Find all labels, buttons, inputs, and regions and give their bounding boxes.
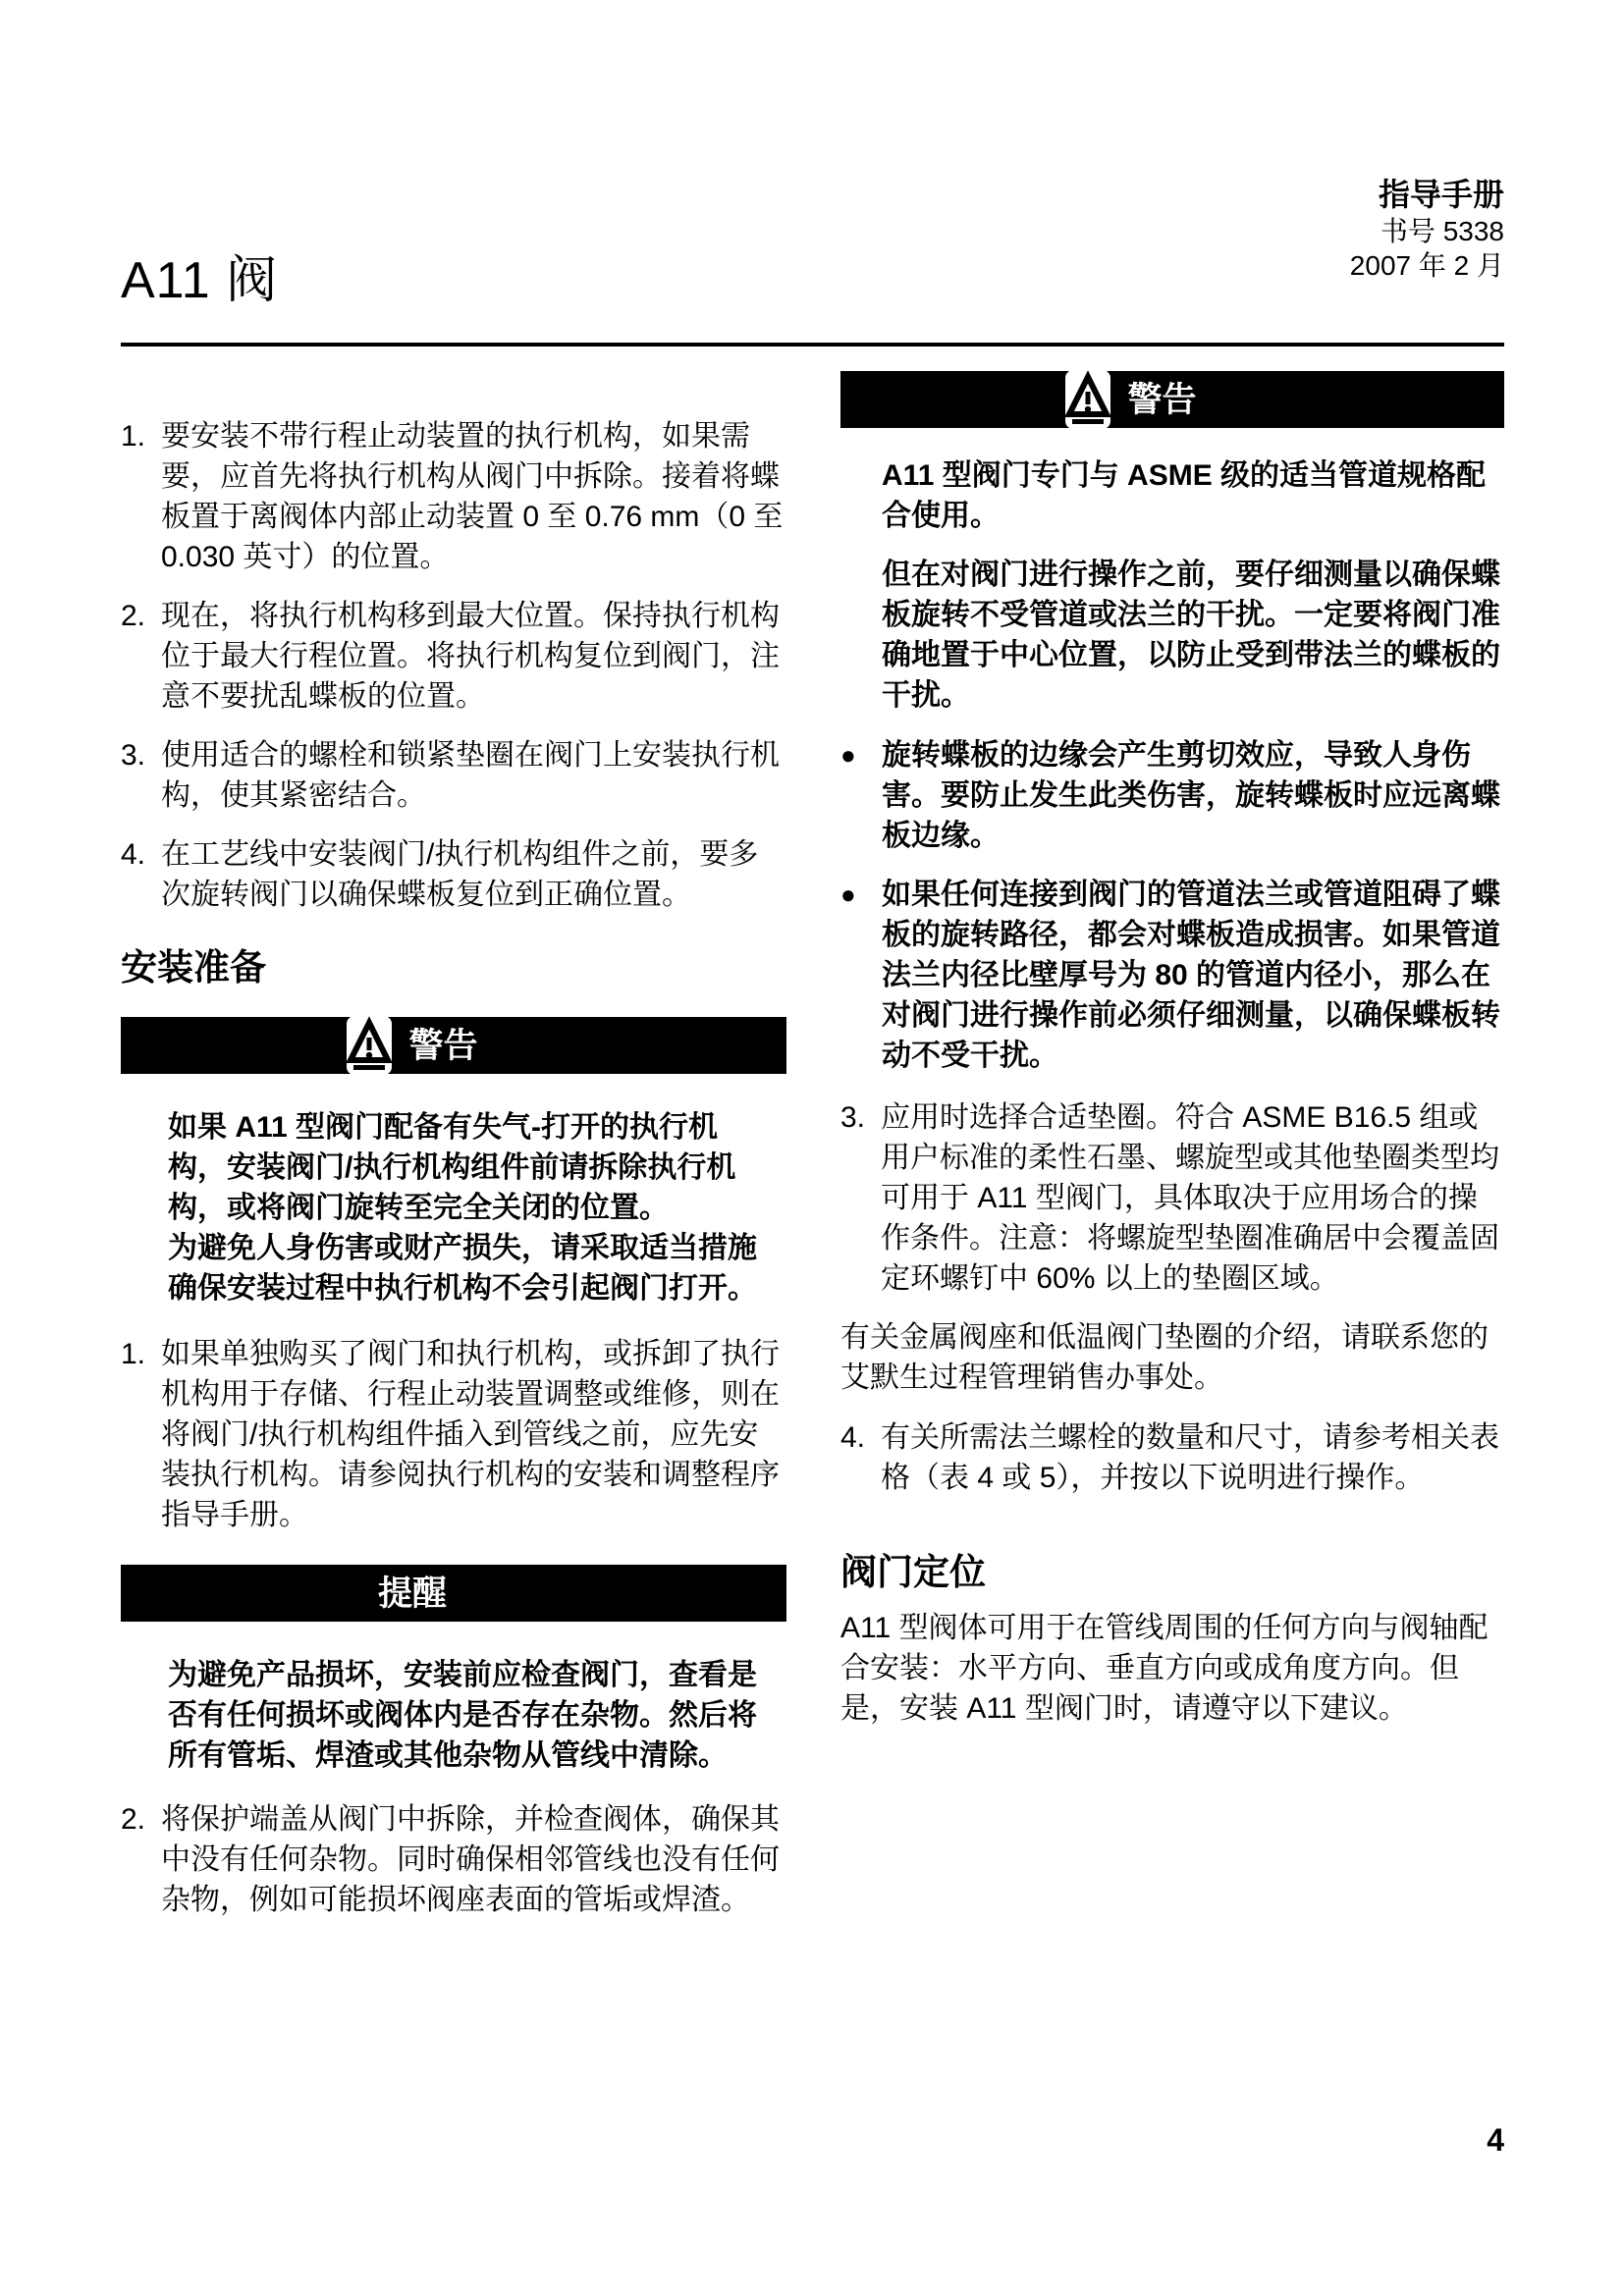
list-item-text: 要安装不带行程止动装置的执行机构，如果需要，应首先将执行机构从阀门中拆除。接着将… bbox=[161, 416, 786, 577]
list-item-number: 3. bbox=[121, 735, 161, 816]
section-heading-valve-positioning: 阀门定位 bbox=[840, 1551, 1504, 1594]
warning-banner: 警告 bbox=[840, 371, 1504, 428]
warning-banner: 警告 bbox=[121, 1017, 786, 1074]
left-column: 1. 要安装不带行程止动装置的执行机构，如果需要，应首先将执行机构从阀门中拆除。… bbox=[121, 416, 786, 1939]
list-item-text: 应用时选择合适垫圈。符合 ASME B16.5 组或用户标准的柔性石墨、螺旋型或… bbox=[881, 1097, 1504, 1299]
bullet-item: ● 旋转蝶板的边缘会产生剪切效应，导致人身伤害。要防止发生此类伤害，旋转蝶板时应… bbox=[840, 735, 1504, 856]
list-item-text: 将保护端盖从阀门中拆除，并检查阀体，确保其中没有任何杂物。同时确保相邻管线也没有… bbox=[161, 1799, 786, 1920]
bullet-item: ● 如果任何连接到阀门的管道法兰或管道阻碍了蝶板的旋转路径，都会对蝶板造成损害。… bbox=[840, 875, 1504, 1076]
warning-bullet-list: ● 旋转蝶板的边缘会产生剪切效应，导致人身伤害。要防止发生此类伤害，旋转蝶板时应… bbox=[840, 735, 1504, 1076]
list-item: 2. 将保护端盖从阀门中拆除，并检查阀体，确保其中没有任何杂物。同时确保相邻管线… bbox=[121, 1799, 786, 1920]
right-column: 警告 A11 型阀门专门与 ASME 级的适当管道规格配合使用。 但在对阀门进行… bbox=[840, 371, 1504, 1729]
bullet-icon: ● bbox=[840, 875, 882, 1076]
list-item: 1. 要安装不带行程止动装置的执行机构，如果需要，应首先将执行机构从阀门中拆除。… bbox=[121, 416, 786, 577]
bullet-text: 如果任何连接到阀门的管道法兰或管道阻碍了蝶板的旋转路径，都会对蝶板造成损害。如果… bbox=[882, 875, 1504, 1076]
list-item-number: 1. bbox=[121, 416, 161, 577]
notice-banner-label: 提醒 bbox=[378, 1576, 447, 1611]
warning-triangle-icon bbox=[1065, 370, 1110, 429]
list-item-text: 有关所需法兰螺栓的数量和尺寸，请参考相关表格（表 4 或 5），并按以下说明进行… bbox=[881, 1417, 1504, 1498]
doc-date: 2007 年 2 月 bbox=[1350, 248, 1504, 283]
warning-banner-label: 警告 bbox=[1127, 383, 1196, 417]
list-item-number: 4. bbox=[840, 1417, 881, 1498]
list-item-text: 使用适合的螺栓和锁紧垫圈在阀门上安装执行机构，使其紧密结合。 bbox=[161, 735, 786, 816]
list-item-number: 2. bbox=[121, 596, 161, 717]
warning-paragraph: 如果 A11 型阀门配备有失气-打开的执行机构，安装阀门/执行机构组件前请拆除执… bbox=[168, 1107, 777, 1228]
valve-positioning-paragraph: A11 型阀体可用于在管线周围的任何方向与阀轴配合安装：水平方向、垂直方向或成角… bbox=[840, 1608, 1504, 1729]
doc-type: 指导手册 bbox=[1350, 175, 1504, 214]
list-item: 3. 使用适合的螺栓和锁紧垫圈在阀门上安装执行机构，使其紧密结合。 bbox=[121, 735, 786, 816]
list-item-text: 在工艺线中安装阀门/执行机构组件之前，要多次旋转阀门以确保蝶板复位到正确位置。 bbox=[161, 834, 786, 915]
list-item-number: 1. bbox=[121, 1334, 161, 1535]
header-meta: 指导手册 书号 5338 2007 年 2 月 bbox=[1350, 175, 1504, 283]
warning-body: A11 型阀门专门与 ASME 级的适当管道规格配合使用。 但在对阀门进行操作之… bbox=[840, 455, 1504, 716]
warning-banner-content: 警告 bbox=[1065, 370, 1196, 429]
page-title: A11 阀 bbox=[121, 253, 278, 308]
doc-number: 书号 5338 bbox=[1350, 214, 1504, 248]
list-item: 4. 有关所需法兰螺栓的数量和尺寸，请参考相关表格（表 4 或 5），并按以下说… bbox=[840, 1417, 1504, 1498]
warning-paragraph: 为避免人身伤害或财产损失，请采取适当措施确保安装过程中执行机构不会引起阀门打开。 bbox=[168, 1228, 777, 1308]
list-item-number: 4. bbox=[121, 834, 161, 915]
page-number: 4 bbox=[1487, 2122, 1504, 2159]
warning-banner-label: 警告 bbox=[408, 1029, 477, 1063]
list-item-text: 现在，将执行机构移到最大位置。保持执行机构位于最大行程位置。将执行机构复位到阀门… bbox=[161, 596, 786, 717]
warning-triangle-icon bbox=[347, 1016, 392, 1075]
manual-page: 指导手册 书号 5338 2007 年 2 月 A11 阀 1. 要安装不带行程… bbox=[0, 0, 1624, 2296]
list-item-text: 如果单独购买了阀门和执行机构，或拆卸了执行机构用于存储、行程止动装置调整或维修，… bbox=[161, 1334, 786, 1535]
notice-banner-content: 提醒 bbox=[378, 1576, 447, 1611]
bullet-icon: ● bbox=[840, 735, 882, 856]
notice-banner: 提醒 bbox=[121, 1565, 786, 1622]
warning-paragraph: A11 型阀门专门与 ASME 级的适当管道规格配合使用。 bbox=[882, 455, 1504, 536]
warning-banner-content: 警告 bbox=[347, 1016, 477, 1075]
header-divider bbox=[121, 343, 1504, 347]
warning-paragraph: 但在对阀门进行操作之前，要仔细测量以确保蝶板旋转不受管道或法兰的干扰。一定要将阀… bbox=[882, 555, 1504, 716]
list-item-number: 2. bbox=[121, 1799, 161, 1920]
list-item: 2. 现在，将执行机构移到最大位置。保持执行机构位于最大行程位置。将执行机构复位… bbox=[121, 596, 786, 717]
warning-body: 如果 A11 型阀门配备有失气-打开的执行机构，安装阀门/执行机构组件前请拆除执… bbox=[121, 1107, 786, 1308]
contact-paragraph: 有关金属阀座和低温阀门垫圈的介绍，请联系您的艾默生过程管理销售办事处。 bbox=[840, 1317, 1504, 1398]
notice-body: 为避免产品损坏，安装前应检查阀门，查看是否有任何损坏或阀体内是否存在杂物。然后将… bbox=[121, 1655, 786, 1776]
notice-paragraph: 为避免产品损坏，安装前应检查阀门，查看是否有任何损坏或阀体内是否存在杂物。然后将… bbox=[168, 1655, 777, 1776]
bullet-text: 旋转蝶板的边缘会产生剪切效应，导致人身伤害。要防止发生此类伤害，旋转蝶板时应远离… bbox=[882, 735, 1504, 856]
list-item: 1. 如果单独购买了阀门和执行机构，或拆卸了执行机构用于存储、行程止动装置调整或… bbox=[121, 1334, 786, 1535]
list-item: 3. 应用时选择合适垫圈。符合 ASME B16.5 组或用户标准的柔性石墨、螺… bbox=[840, 1097, 1504, 1299]
section-heading-installation-prep: 安装准备 bbox=[121, 946, 786, 989]
list-item: 4. 在工艺线中安装阀门/执行机构组件之前，要多次旋转阀门以确保蝶板复位到正确位… bbox=[121, 834, 786, 915]
list-item-number: 3. bbox=[840, 1097, 881, 1299]
